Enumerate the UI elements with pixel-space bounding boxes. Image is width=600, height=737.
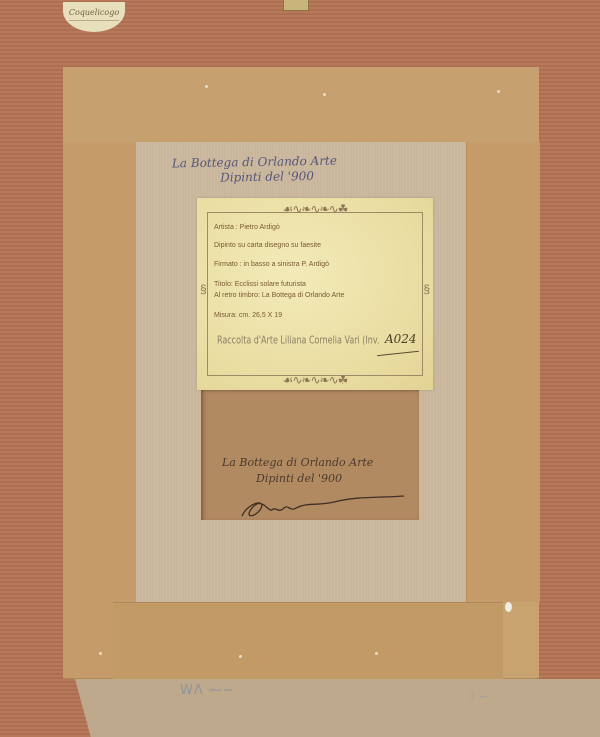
- authenticity-label: ☙∿❧∿❧∿☘ ☙∿❧∿❧∿☘ § § Artista : Pietro Ard…: [197, 198, 433, 390]
- flourish-top-icon: ☙∿❧∿❧∿☘: [283, 202, 348, 216]
- kraft-tape-right: [466, 142, 540, 602]
- sticker-rule: [69, 20, 119, 21]
- kraft-tape-bottom-left: [63, 602, 113, 678]
- kraft-tape-bottom-right: [503, 602, 539, 678]
- label-collection: Raccolta d'Arte Liliana Cornelia Vari (I…: [217, 335, 380, 347]
- sticker-text: Coquelicogo: [63, 8, 125, 17]
- backing-strip: [75, 679, 600, 737]
- flourish-bottom-icon: ☙∿❧∿❧∿☘: [283, 373, 348, 387]
- backing-pencil-marks-right: ℐ ∼: [470, 690, 488, 703]
- paper-tear: [505, 602, 512, 612]
- hanger-hook: [283, 0, 309, 11]
- stamp-line-2: Dipinti del '900: [172, 169, 337, 187]
- pin-mark: [375, 652, 378, 655]
- pin-mark: [323, 93, 326, 96]
- pin-mark: [205, 85, 208, 88]
- label-inventory-number: A024: [385, 332, 417, 346]
- label-medium: Dipinto su carta disegno su faesite: [214, 242, 321, 249]
- label-title: Titolo: Ecclissi solare futurista: [214, 281, 306, 288]
- label-artist: Artista : Pietro Ardigò: [214, 224, 280, 231]
- pin-mark: [99, 652, 102, 655]
- pin-mark: [239, 655, 242, 658]
- gallery-stamp-window: La Bottega di Orlando Arte Dipinti del '…: [222, 455, 373, 487]
- kraft-tape-bottom: [113, 602, 503, 679]
- pin-mark: [497, 90, 500, 93]
- signature-icon: [238, 492, 408, 522]
- curl-right-icon: §: [423, 282, 430, 296]
- curl-left-icon: §: [200, 282, 207, 296]
- kraft-tape-left: [63, 142, 139, 602]
- stamp-line-2: Dipinti del '900: [222, 471, 373, 487]
- label-stamp: Al retro timbro: La Bottega di Orlando A…: [214, 292, 344, 299]
- stamp-line-1: La Bottega di Orlando Arte: [222, 455, 373, 471]
- label-signed: Firmato : in basso a sinistra P. Ardigò: [214, 261, 329, 268]
- kraft-tape-top: [63, 67, 539, 142]
- gallery-stamp-top: La Bottega di Orlando Arte Dipinti del '…: [172, 154, 338, 187]
- backing-pencil-marks: WΛ ⁓∼: [180, 683, 235, 698]
- label-size: Misura: cm. 26,5 X 19: [214, 312, 282, 319]
